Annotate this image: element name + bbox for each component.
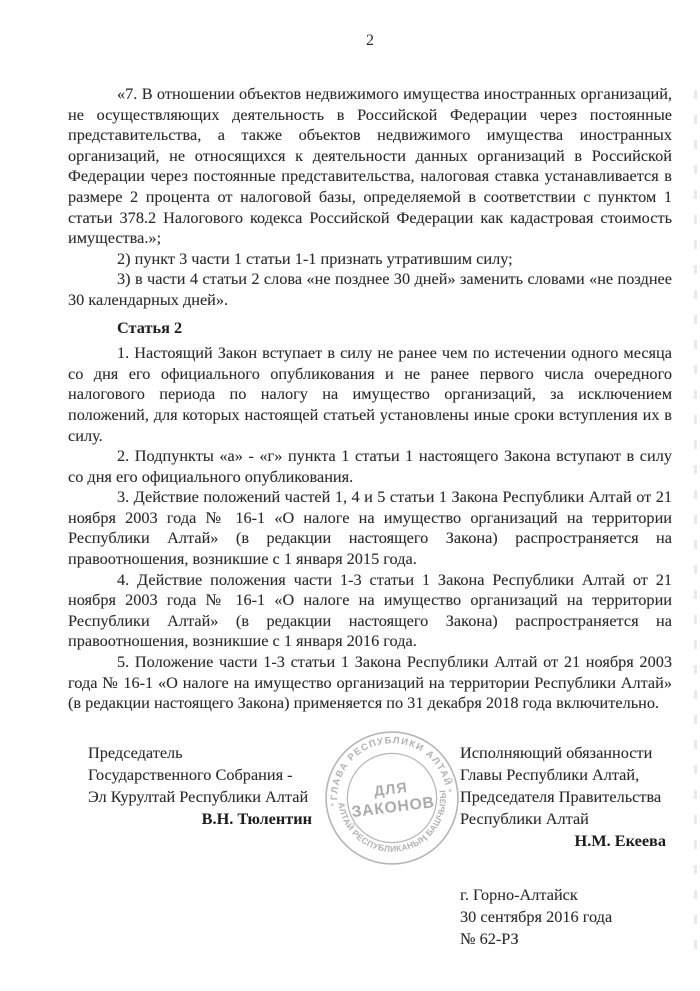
signatory-right-title-line: Председателя Правительства (460, 786, 666, 808)
signatory-left-name: В.Н. Тюлентин (88, 808, 312, 830)
signatory-left-title-line: Эл Курултай Республики Алтай (88, 786, 312, 808)
article-2-paragraph-4: 4. Действие положения части 1-3 статьи 1… (68, 570, 672, 652)
signatory-right-title-line: Главы Республики Алтай, (460, 764, 666, 786)
document-page: 2 «7. В отношении объектов недвижимого и… (0, 0, 700, 991)
official-stamp: ГЛАВА РЕСПУБЛИКИ АЛТАЙ АЛТАЙ РЕСПУБЛИКАН… (313, 719, 471, 877)
signatory-right-title-line: Республики Алтай (460, 808, 666, 830)
stamp-star-left: * (330, 801, 335, 811)
paragraph-amendment-7: «7. В отношении объектов недвижимого иму… (68, 84, 672, 249)
document-footer: г. Горно-Алтайск 30 сентября 2016 года №… (460, 884, 672, 950)
signatory-left-title-line: Государственного Собрания - (88, 764, 312, 786)
footer-number: № 62-РЗ (460, 928, 672, 950)
article-2-paragraph-5: 5. Положение части 1-3 статьи 1 Закона Р… (68, 652, 672, 714)
article-2-paragraph-3: 3. Действие положений частей 1, 4 и 5 ст… (68, 487, 672, 569)
stamp-star-right: * (448, 787, 453, 797)
article-2-heading: Статья 2 (68, 318, 672, 339)
paragraph-item-3: 3) в части 4 статьи 2 слова «не позднее … (68, 269, 672, 310)
paragraph-item-2: 2) пункт 3 части 1 статьи 1-1 признать у… (68, 249, 672, 270)
footer-date: 30 сентября 2016 года (460, 906, 672, 928)
page-number: 2 (68, 30, 672, 52)
article-2-paragraph-1: 1. Настоящий Закон вступает в силу не ра… (68, 343, 672, 446)
article-2-paragraph-2: 2. Подпункты «а» - «г» пункта 1 статьи 1… (68, 446, 672, 487)
signatory-left: Председатель Государственного Собрания -… (88, 742, 312, 830)
footer-city: г. Горно-Алтайск (460, 884, 672, 906)
signatory-right: Исполняющий обязанности Главы Республики… (460, 742, 666, 852)
stamp-center-line-2: ЗАКОНОВ (351, 794, 436, 821)
signatory-right-title-line: Исполняющий обязанности (460, 742, 666, 764)
scan-artifact-right-edge (694, 90, 697, 961)
signatory-right-name: Н.М. Екеева (460, 830, 666, 852)
signatory-left-title-line: Председатель (88, 742, 312, 764)
